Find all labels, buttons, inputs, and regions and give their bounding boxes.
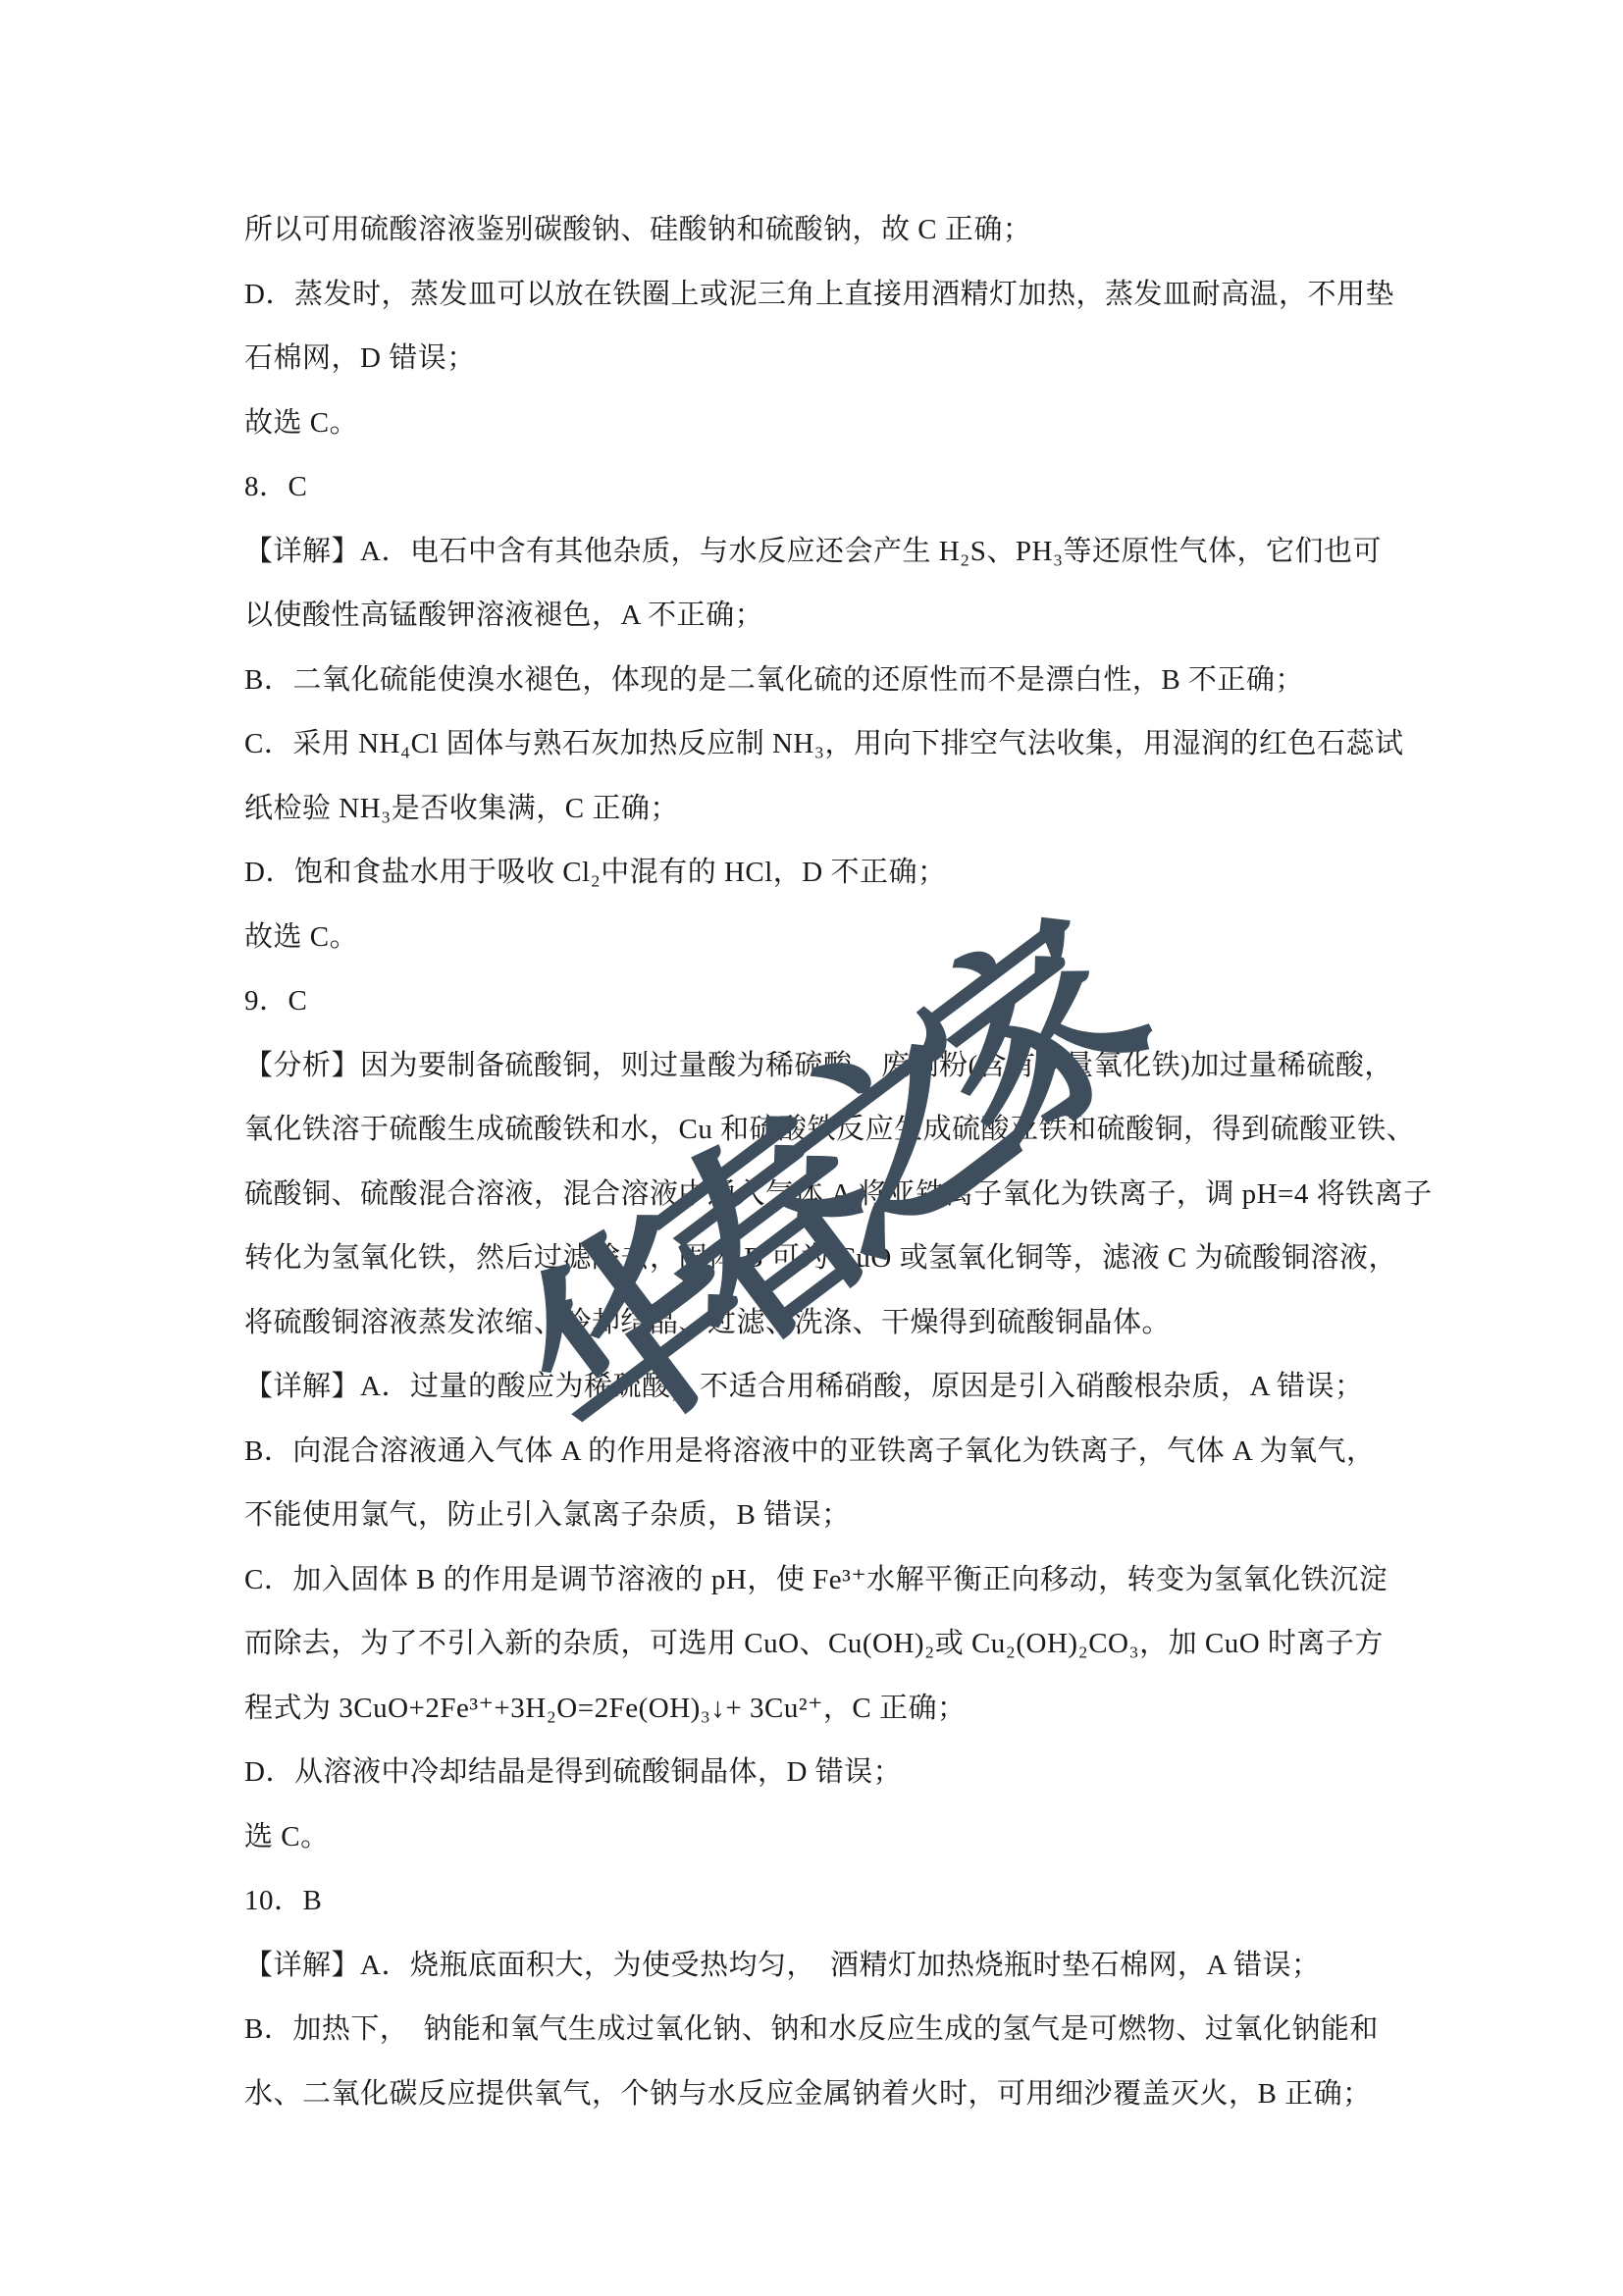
text-line: 氧化铁溶于硫酸生成硫酸铁和水，Cu 和硫酸铁反应生成硫酸亚铁和硫酸铜，得到硫酸亚… [244,1098,1422,1163]
text-line: 不能使用氯气，防止引入氯离子杂质，B 错误； [244,1484,1422,1548]
text-line: 【详解】A．过量的酸应为稀硫酸，不适合用稀硝酸，原因是引入硝酸根杂质，A 错误； [244,1355,1422,1420]
document-page: 所以可用硫酸溶液鉴别碳酸钠、硅酸钠和硫酸钠，故 C 正确；D．蒸发时，蒸发皿可以… [0,0,1623,2296]
text-line: 【详解】A．烧瓶底面积大，为使受热均匀， 酒精灯加热烧瓶时垫石棉网，A 错误； [244,1934,1422,1999]
text-line: 10．B [244,1869,1422,1934]
text-line: 水、二氧化碳反应提供氧气，个钠与水反应金属钠着火时，可用细沙覆盖灭火，B 正确； [244,2062,1422,2127]
text-line: 故选 C。 [244,391,1422,456]
text-line: B．二氧化硫能使溴水褪色，体现的是二氧化硫的还原性而不是漂白性，B 不正确； [244,649,1422,713]
text-line: 硫酸铜、硫酸混合溶液，混合溶液中通入气体 A 将亚铁离子氧化为铁离子，调 pH=… [244,1163,1422,1227]
text-line: 故选 C。 [244,906,1422,970]
text-line: 而除去，为了不引入新的杂质，可选用 CuO、Cu(OH)₂或 Cu₂(OH)₂C… [244,1612,1422,1677]
text-line: 转化为氢氧化铁，然后过滤除去，固体 B 可为 CuO 或氢氧化铜等，滤液 C 为… [244,1226,1422,1291]
text-line: D．饱和食盐水用于吸收 Cl₂中混有的 HCl，D 不正确； [244,841,1422,906]
text-line: D．蒸发时，蒸发皿可以放在铁圈上或泥三角上直接用酒精灯加热，蒸发皿耐高温，不用垫 [244,263,1422,328]
text-line: 【详解】A．电石中含有其他杂质，与水反应还会产生 H₂S、PH₃等还原性气体，它… [244,520,1422,585]
text-line: 以使酸性高锰酸钾溶液褪色，A 不正确； [244,584,1422,649]
text-line: 程式为 3CuO+2Fe³⁺+3H₂O=2Fe(OH)₃↓+ 3Cu²⁺，C 正… [244,1677,1422,1742]
text-line: B．加热下， 钠能和氧气生成过氧化钠、钠和水反应生成的氢气是可燃物、过氧化钠能和 [244,1998,1422,2062]
text-line: 纸检验 NH₃是否收集满，C 正确； [244,777,1422,842]
text-line: 8．C [244,455,1422,520]
text-line: 选 C。 [244,1805,1422,1870]
text-line: B．向混合溶液通入气体 A 的作用是将溶液中的亚铁离子氧化为铁离子，气体 A 为… [244,1420,1422,1485]
text-line: D．从溶液中冷却结晶是得到硫酸铜晶体，D 错误； [244,1741,1422,1805]
text-line: 9．C [244,969,1422,1034]
answer-text-block: 所以可用硫酸溶液鉴别碳酸钠、硅酸钠和硫酸钠，故 C 正确；D．蒸发时，蒸发皿可以… [244,198,1422,2126]
text-line: C．采用 NH₄Cl 固体与熟石灰加热反应制 NH₃，用向下排空气法收集，用湿润… [244,712,1422,777]
text-line: C．加入固体 B 的作用是调节溶液的 pH，使 Fe³⁺水解平衡正向移动，转变为… [244,1548,1422,1613]
text-line: 【分析】因为要制备硫酸铜，则过量酸为稀硫酸，废铜粉(含有少量氧化铁)加过量稀硫酸… [244,1034,1422,1099]
text-line: 石棉网，D 错误； [244,327,1422,391]
text-line: 将硫酸铜溶液蒸发浓缩、冷却结晶、过滤、洗涤、干燥得到硫酸铜晶体。 [244,1291,1422,1356]
text-line: 所以可用硫酸溶液鉴别碳酸钠、硅酸钠和硫酸钠，故 C 正确； [244,198,1422,263]
